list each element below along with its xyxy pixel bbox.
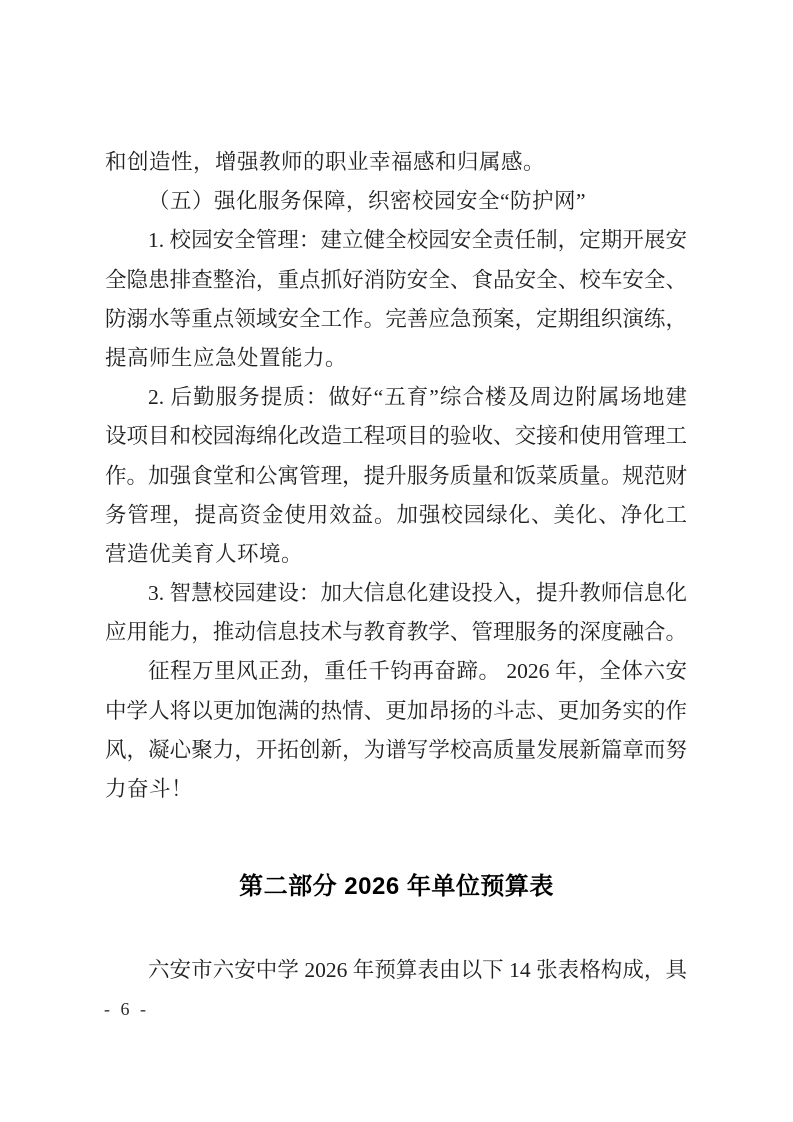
body-line: 务管理，提高资金使用效益。加强校园绿化、美化、净化工作， bbox=[105, 496, 687, 535]
body-line: 防溺水等重点领域安全工作。完善应急预案，定期组织演练， bbox=[105, 300, 687, 339]
body-line: 力奋斗！ bbox=[105, 770, 687, 809]
body-line: 3. 智慧校园建设：加大信息化建设投入，提升教师信息化 bbox=[105, 574, 687, 613]
body-line: 中学人将以更加饱满的热情、更加昂扬的斗志、更加务实的作 bbox=[105, 692, 687, 731]
body-line-subheading: （五）强化服务保障，织密校园安全“防护网” bbox=[105, 182, 687, 221]
body-line: 营造优美育人环境。 bbox=[105, 535, 687, 574]
document-page: 和创造性，增强教师的职业幸福感和归属感。 （五）强化服务保障，织密校园安全“防护… bbox=[0, 0, 793, 1122]
body-line: 风，凝心聚力，开拓创新，为谱写学校高质量发展新篇章而努 bbox=[105, 731, 687, 770]
body-line: 设项目和校园海绵化改造工程项目的验收、交接和使用管理工 bbox=[105, 417, 687, 456]
body-line: 和创造性，增强教师的职业幸福感和归属感。 bbox=[105, 143, 687, 182]
body-line: 应用能力，推动信息技术与教育教学、管理服务的深度融合。 bbox=[105, 613, 687, 652]
body-text-block: 和创造性，增强教师的职业幸福感和归属感。 （五）强化服务保障，织密校园安全“防护… bbox=[105, 143, 687, 809]
body-line: 2. 后勤服务提质：做好“五育”综合楼及周边附属场地建 bbox=[105, 378, 687, 417]
body-line: 作。加强食堂和公寓管理，提升服务质量和饭菜质量。规范财 bbox=[105, 457, 687, 496]
body-line: 征程万里风正劲，重任千钧再奋蹄。 2026 年，全体六安 bbox=[105, 652, 687, 691]
page-number: - 6 - bbox=[104, 997, 149, 1021]
body-line: 提高师生应急处置能力。 bbox=[105, 339, 687, 378]
body-line: 1. 校园安全管理：建立健全校园安全责任制，定期开展安 bbox=[105, 221, 687, 260]
body-line: 全隐患排查整治，重点抓好消防安全、食品安全、校车安全、 bbox=[105, 261, 687, 300]
section-heading: 第二部分 2026 年单位预算表 bbox=[0, 869, 793, 905]
budget-tables-intro-line: 六安市六安中学 2026 年预算表由以下 14 张表格构成，具 bbox=[105, 951, 687, 990]
